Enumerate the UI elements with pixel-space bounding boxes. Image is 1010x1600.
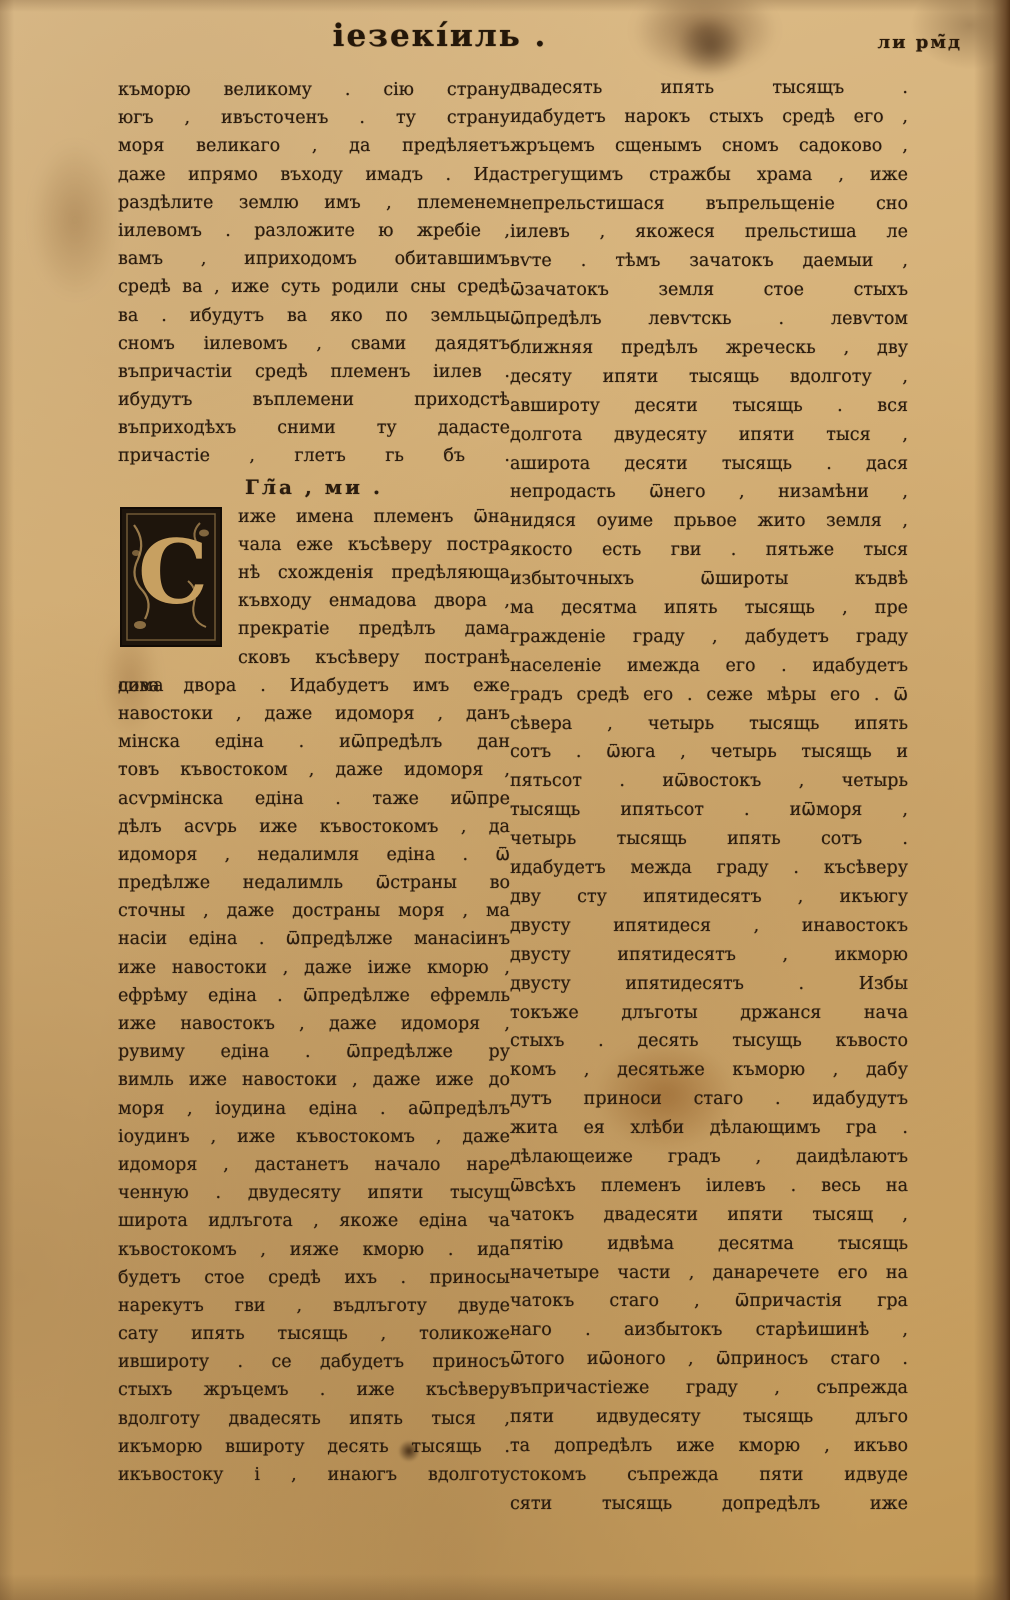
verse-block: сковъ късѣверу постранѣ симадова двора .… <box>118 644 510 1490</box>
right-text-column: двадесять ипять тысящъ .идабудетъ нарокъ… <box>510 74 908 1519</box>
text-line: дутъ приноси стаго . идабудутъ <box>510 1085 908 1114</box>
left-text-column: къморю великому . сію странуюгъ , ивъсто… <box>118 76 510 1489</box>
text-line: предѣлже недалимль ѿстраны во <box>118 869 510 897</box>
text-line: ѿтого иѿоного , ѿприносъ стаго . <box>510 1345 908 1374</box>
text-line: широта идлъгота , якоже едіна ча <box>118 1207 510 1235</box>
verse-block: двадесять ипять тысящъ .идабудетъ нарокъ… <box>510 74 908 1519</box>
text-line: нидяся оуиме прьвое жито земля , <box>510 507 908 536</box>
text-line: стыхъ жръцемъ . иже късѣверу <box>118 1376 510 1404</box>
text-line: пяти идвудесяту тысящь длъго <box>510 1403 908 1432</box>
running-title: іезекі́иль . <box>0 18 1010 54</box>
paper-stain <box>30 140 120 300</box>
text-line: непродасть ѿнего , низамѣни , <box>510 478 908 507</box>
text-line: средѣ ва , иже суть родили сны средѣ <box>118 273 510 301</box>
drop-cap-paragraph: С иже имена племенъ ѿначала еже късѣверу… <box>118 503 510 644</box>
text-line: стыхъ . десять тысущь къвосто <box>510 1027 908 1056</box>
text-line: пятьсот . иѿвостокъ , четырь <box>510 767 908 796</box>
text-line: жита ея хлѣби дѣлающимъ гра . <box>510 1114 908 1143</box>
text-line: пятію идвѣма десятма тысящь <box>510 1230 908 1259</box>
text-line: якосто есть гви . пятьже тыся <box>510 536 908 565</box>
text-line: чатокъ двадесяти ипяти тысящ , <box>510 1201 908 1230</box>
text-line: въпричастіи средѣ племенъ іилев . <box>118 358 510 386</box>
text-line: мінска едіна . иѿпредѣлъ дан <box>118 728 510 756</box>
text-line: сномъ іилевомъ , свами даядятъ <box>118 330 510 358</box>
page-edge-bottom <box>0 1574 1010 1600</box>
text-line: ченную . двудесяту ипяти тысущ <box>118 1179 510 1207</box>
text-line: асѵрмінска едіна . таже иѿпре <box>118 785 510 813</box>
text-line: къморю великому . сію страну <box>118 76 510 104</box>
text-line: сяти тысящь допредѣлъ иже <box>510 1490 908 1519</box>
text-line: югъ , ивъсточенъ . ту страну <box>118 104 510 132</box>
text-line: будетъ стое средѣ ихъ . приносы <box>118 1264 510 1292</box>
text-line: стрегущимъ стражбы храма , иже <box>510 161 908 190</box>
text-line: къвостокомъ , ияже кморю . ида <box>118 1236 510 1264</box>
text-line: дова двора . Идабудетъ имъ еже <box>118 672 510 700</box>
text-line: вѵте . тѣмъ зачатокъ даемыи , <box>510 247 908 276</box>
text-line: іилевомъ . разложите ю жребіе , <box>118 217 510 245</box>
text-line: ва . ибудутъ ва яко по земльцы <box>118 302 510 330</box>
text-line: тысящь ипятьсот . иѿморя , <box>510 796 908 825</box>
text-line: ефрѣму едіна . ѿпредѣлже ефремль <box>118 982 510 1010</box>
text-line: вдолготу двадесять ипять тыся , <box>118 1405 510 1433</box>
text-line: въприходѣхъ сними ту дадасте <box>118 414 510 442</box>
text-line: идабудетъ нарокъ стыхъ средѣ его , <box>510 103 908 132</box>
text-line: ѿвсѣхъ племенъ іилевъ . весь на <box>510 1172 908 1201</box>
text-line: десяту ипяти тысящь вдолготу , <box>510 363 908 392</box>
woodcut-ornament-icon: С <box>120 507 222 647</box>
text-line: дѣлъ асѵрь иже къвостокомъ , да <box>118 813 510 841</box>
text-line: ближняя предѣлъ жреческь , дву <box>510 334 908 363</box>
text-line: даже ипрямо въходу имадъ . Ида <box>118 161 510 189</box>
text-line: моря великаго , да предѣляетъ <box>118 132 510 160</box>
text-line: моря , іоудина едіна . аѿпредѣлъ <box>118 1095 510 1123</box>
text-line: икъвостоку і , инаюгъ вдолготу <box>118 1461 510 1489</box>
initial-letter: С <box>138 520 208 624</box>
drop-cap-woodcut: С <box>120 507 222 647</box>
text-line: насіи едіна . ѿпредѣлже манасіинъ <box>118 925 510 953</box>
text-line: градъ средѣ его . сеже мѣры его . ѿ <box>510 681 908 710</box>
text-line: идоморя , недалимля едіна . ѿ <box>118 841 510 869</box>
text-line: двадесять ипять тысящъ . <box>510 74 908 103</box>
text-line: товъ къвостоком , даже идоморя , <box>118 756 510 784</box>
page-edge-top <box>0 0 1010 12</box>
text-line: ибудутъ въплемени приходстѣ <box>118 386 510 414</box>
text-line: жръцемъ сщенымъ сномъ садоково , <box>510 132 908 161</box>
text-line: сату ипять тысящь , толикоже <box>118 1320 510 1348</box>
text-line: вимль иже навостоки , даже иже до <box>118 1066 510 1094</box>
text-line: избыточныхъ ѿшироты къдвѣ <box>510 565 908 594</box>
book-page-scan: іезекі́иль . ли рм̃д къморю великому . с… <box>0 0 1010 1600</box>
text-line: іоудинъ , иже къвостокомъ , даже <box>118 1123 510 1151</box>
text-line: идабудетъ межда граду . късѣверу <box>510 854 908 883</box>
text-line: чатокъ стаго , ѿпричастія гра <box>510 1287 908 1316</box>
text-line: двусту ипятидесятъ , икморю <box>510 941 908 970</box>
text-line: сковъ късѣверу постранѣ сима <box>118 644 510 672</box>
text-line: населеніе имежда его . идабудетъ <box>510 652 908 681</box>
chapter-heading: Гл̃а , ми . <box>118 471 510 503</box>
text-line: сточны , даже достраны моря , ма <box>118 897 510 925</box>
text-line: двусту ипятидеся , инавостокъ <box>510 912 908 941</box>
text-line: причастіе , глетъ гь бъ . <box>118 442 510 470</box>
text-line: аширота десяти тысящь . дася <box>510 450 908 479</box>
text-line: навостоки , даже идоморя , данъ <box>118 700 510 728</box>
text-line: стокомъ съпрежда пяти идвуде <box>510 1461 908 1490</box>
text-line: іилевъ , якожеся прельстиша ле <box>510 218 908 247</box>
text-line: ѿзачатокъ земля стое стыхъ <box>510 276 908 305</box>
book-gutter-shadow <box>974 0 1010 1600</box>
text-line: иже навостоки , даже іиже кморю , <box>118 954 510 982</box>
text-line: ившироту . се дабудетъ приносъ <box>118 1348 510 1376</box>
text-line: двусту ипятидесятъ . Избы <box>510 970 908 999</box>
text-line: дву сту ипятидесятъ , икъюгу <box>510 883 908 912</box>
text-line: наго . аизбытокъ старѣишинѣ , <box>510 1316 908 1345</box>
text-line: раздѣлите землю имъ , племенем <box>118 189 510 217</box>
text-line: четырь тысящь ипять сотъ . <box>510 825 908 854</box>
text-line: гражденіе граду , дабудетъ граду <box>510 623 908 652</box>
text-line: вамъ , иприходомъ обитавшимъ <box>118 245 510 273</box>
text-line: та допредѣлъ иже кморю , икъво <box>510 1432 908 1461</box>
text-line: сотъ . ѿюга , четырь тысящь и <box>510 738 908 767</box>
folio-number: ли рм̃д <box>877 32 962 53</box>
text-line: непрельстишася въпрельщеніе сно <box>510 190 908 219</box>
text-line: рувиму едіна . ѿпредѣлже ру <box>118 1038 510 1066</box>
page-edge-left <box>0 0 14 1600</box>
text-line: начетыре части , данаречете его на <box>510 1259 908 1288</box>
text-line: сѣвера , четырь тысящь ипять <box>510 710 908 739</box>
text-line: икъморю вшироту десять тысящь . <box>118 1433 510 1461</box>
text-line: идоморя , дастанетъ начало наре <box>118 1151 510 1179</box>
text-line: въпричастіеже граду , съпрежда <box>510 1374 908 1403</box>
text-line: иже навостокъ , даже идоморя , <box>118 1010 510 1038</box>
text-line: авшироту десяти тысящь . вся <box>510 392 908 421</box>
text-line: дѣлающеиже градъ , даидѣлаютъ <box>510 1143 908 1172</box>
text-line: долгота двудесяту ипяти тыся , <box>510 421 908 450</box>
text-line: нарекутъ гви , въдлъготу двуде <box>118 1292 510 1320</box>
text-line: комъ , десятьже къморю , дабу <box>510 1056 908 1085</box>
text-line: ма десятма ипять тысящь , пре <box>510 594 908 623</box>
text-line: токъже длъготы држанся нача <box>510 999 908 1028</box>
text-line: ѿпредѣлъ левѵтскь . левѵтом <box>510 305 908 334</box>
verse-block: къморю великому . сію странуюгъ , ивъсто… <box>118 76 510 471</box>
